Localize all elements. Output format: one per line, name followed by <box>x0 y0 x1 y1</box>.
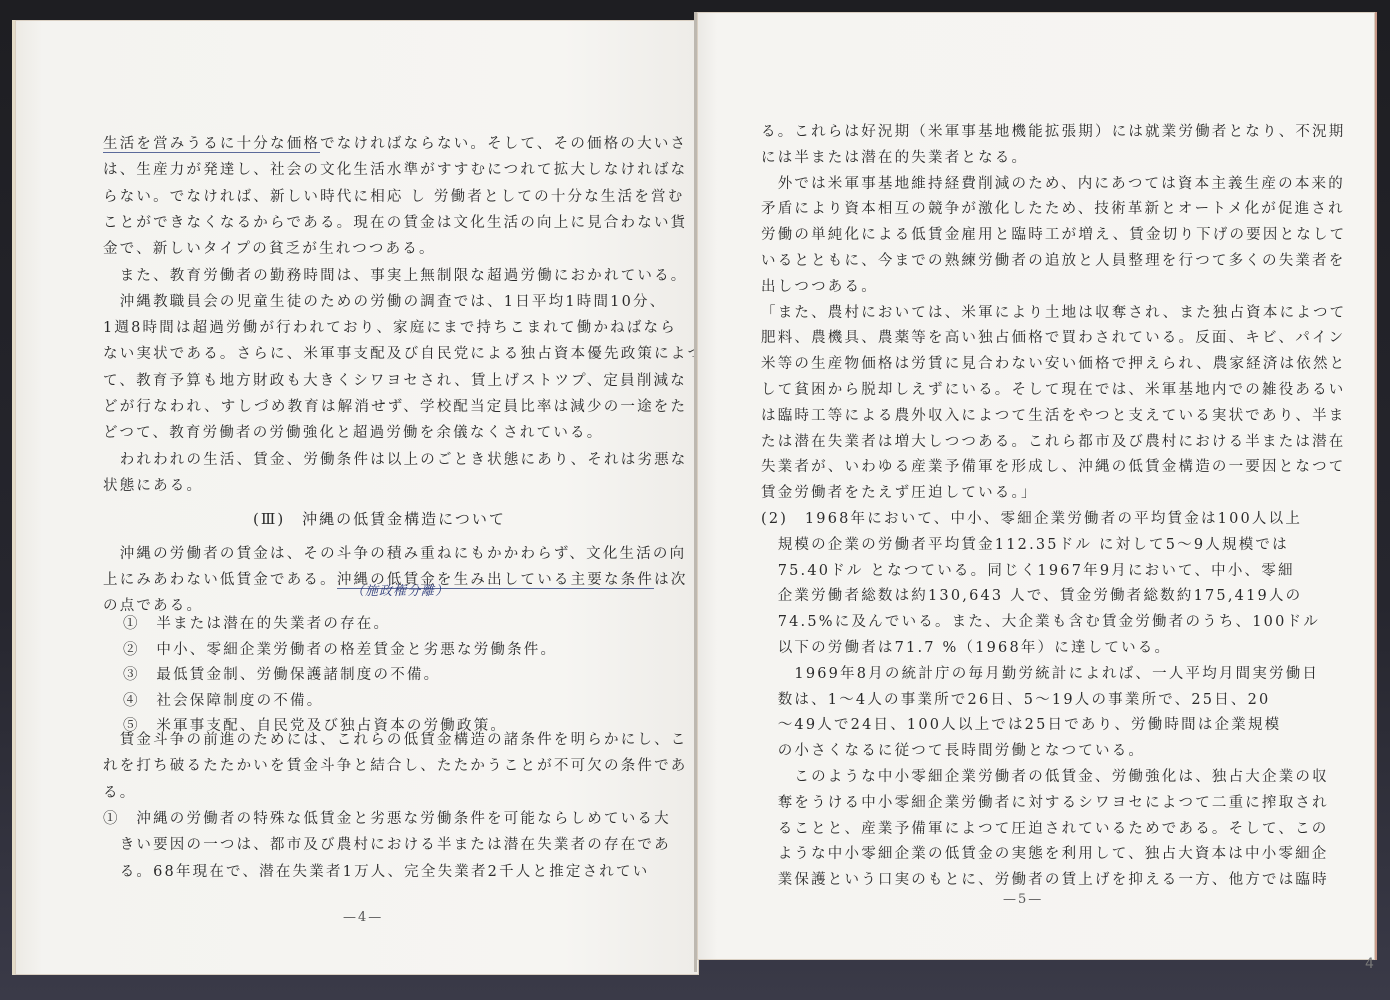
text-line: 賃金労働者をたえず圧迫している。」 <box>761 481 1038 502</box>
text-line: 75.40ドル となつている。同じく1967年9月において、中小、零細 <box>761 559 1295 580</box>
text-line: 規模の企業の労働者平均賃金112.35ドル に対して5～9人規模では <box>761 533 1289 554</box>
text-line: きい要因の一つは、都市及び農村における半または潜在失業者の存在であ <box>103 833 671 854</box>
right-page: る。これらは好況期（米軍事基地機能拡張期）には就業労働者となり、不況期には半また… <box>697 12 1377 960</box>
text-line: 沖縄教職員会の児童生徒のための労働の調査では、1日平均1時間10分、 <box>103 290 666 311</box>
section-heading: (Ⅲ) 沖縄の低賃金構造について <box>253 508 506 529</box>
text-line: 数は、1～4人の事業所で26日、5～19人の事業所で、25日、20 <box>761 688 1271 709</box>
text-line: 矛盾により資本相互の競争が激化したため、技術革新とオートメ化が促進され <box>761 197 1345 218</box>
text-line: 1週8時間は超過労働が行われており、家庭にまで持ちこまれて働かねばなら <box>103 316 677 337</box>
text-line: は、生産力が発達し、社会の文化生活水準がすすむにつれて拡大しなければな <box>103 158 687 179</box>
text-line: は臨時工等による農外収入によつて生活をやつと支えている実状であり、半ま <box>761 404 1346 425</box>
text-line: 以下の労働者は71.7 %（1968年）に達している。 <box>761 636 1171 657</box>
text-line: 「また、農村においては、米軍により土地は収奪され、また独占資本によつて <box>761 301 1346 322</box>
text-line: して貧困から脱却しえずにいる。そして現在では、米軍基地内での雑役あるい <box>761 378 1346 399</box>
text-line: 状態にある。 <box>103 474 203 495</box>
text-line: ③ 最低賃金制、労働保護諸制度の不備。 <box>123 663 440 684</box>
text-line: 奪をうける中小零細企業労働者に対するシワヨセによつて二重に搾取され <box>761 791 1329 812</box>
text-line: らない。でなければ、新しい時代に相応 し 労働者としての十分な生活を営む <box>103 185 684 206</box>
text-line: ことができなくなるからである。現在の賃金は文化生活の向上に見合わない貨 <box>103 211 687 232</box>
text-line: (2) 1968年において、中小、零細企業労働者の平均賃金は100人以上 <box>761 507 1302 528</box>
text-line: 労働の単純化による低賃金雇用と臨時工が増え、賃金切り下げの要因となして <box>761 223 1346 244</box>
text-line: 賃金斗争の前進のためには、これらの低賃金構造の諸条件を明らかにし、こ <box>103 728 688 749</box>
text-line: われわれの生活、賃金、労働条件は以上のごとき状態にあり、それは劣悪な <box>103 448 688 469</box>
text-line: たは潜在失業者は増大しつつある。これら都市及び農村における半または潜在 <box>761 430 1346 451</box>
text-line: ① 沖縄の労働者の特殊な低賃金と劣悪な労働条件を可能ならしめている大 <box>103 807 671 828</box>
text-line: ① 半または潜在的失業者の存在。 <box>123 612 390 633</box>
text-line: また、教育労働者の勤務時間は、事実上無制限な超過労働におかれている。 <box>103 264 688 285</box>
text-line: には半または潜在的失業者となる。 <box>761 146 1028 167</box>
text-line: 出しつつある。 <box>761 275 878 296</box>
text-line: ることと、産業予備軍によつて圧迫されているためである。そして、この <box>761 817 1329 838</box>
text-line: ない実状である。さらに、米軍事支配及び自民党による独占資本優先政策によつ <box>103 342 704 363</box>
text-line: 1969年8月の統計庁の毎月勤労統計によれば、一人平均月間実労働日 <box>761 662 1319 683</box>
text-line: 企業労働者総数は約130,643 人で、賃金労働者総数約175,419人の <box>761 584 1302 605</box>
text-line: の小さくなるに従つて長時間労働となつている。 <box>761 739 1145 760</box>
text-line: ～49人で24日、100人以上では25日であり、労働時間は企業規模 <box>761 713 1281 734</box>
page-number-right: —5— <box>1003 892 1043 907</box>
text-line: 沖縄の労働者の賃金は、その斗争の積み重ねにもかかわらず、文化生活の向 <box>103 542 686 563</box>
text-line: 外では米軍事基地維持経費削減のため、内にあつては資本主義生産の本来的 <box>761 172 1345 193</box>
text-line: どつて、教育労働者の労働強化と超過労働を余儀なくされている。 <box>103 421 603 442</box>
text-line: る。 <box>103 781 136 802</box>
text-line: 肥料、農機具、農薬等を高い独占価格で買わされている。反面、キビ、パイン <box>761 326 1345 347</box>
text-line: このような中小零細企業労働者の低賃金、労働強化は、独占大企業の収 <box>761 765 1329 786</box>
text-line: どが行なわれ、すしづめ教育は解消せず、学校配当定員比率は減少の一途をた <box>103 395 687 416</box>
left-page: 生活を営みうるに十分な価格でなければならない。そして、その価格の大いさは、生産力… <box>12 20 699 975</box>
text-line: いるとともに、今までの熟練労働者の追放と人員整理を行つて多くの失業者を <box>761 249 1346 270</box>
text-line: ④ 社会保障制度の不備。 <box>123 689 323 710</box>
text-line: る。68年現在で、潜在失業者1万人、完全失業者2千人と推定されてい <box>103 860 649 881</box>
text-line: 業保護という口実のもとに、労働者の賃上げを抑える一方、他方では臨時 <box>761 868 1329 889</box>
text-line: 生活を営みうるに十分な価格でなければならない。そして、その価格の大いさ <box>103 132 687 153</box>
text-line: 失業者が、いわゆる産業予備軍を形成し、沖縄の低賃金構造の一要因となつて <box>761 455 1346 476</box>
text-line: 74.5%に及んでいる。また、大企業も含む賃金労働者のうち、100ドル <box>761 610 1320 631</box>
text-line: れを打ち破るたたかいを賃金斗争と結合し、たたかうことが不可欠の条件であ <box>103 754 688 775</box>
text-line: 金で、新しいタイプの貧乏が生れつつある。 <box>103 237 436 258</box>
corner-page-mark: 4 <box>1365 956 1374 972</box>
underlined-phrase: 生活を営みうるに十分な価格 <box>103 136 320 153</box>
handwritten-annotation: （施政権分離） <box>351 580 449 599</box>
text-line: る。これらは好況期（米軍事基地機能拡張期）には就業労働者となり、不況期 <box>761 120 1346 141</box>
page-number-left: —4— <box>343 910 383 925</box>
text-line: ② 中小、零細企業労働者の格差賃金と劣悪な労働条件。 <box>123 638 557 659</box>
text-line: ような中小零細企業の低賃金の実態を利用して、独占大資本は中小零細企 <box>761 842 1329 863</box>
text-line: 米等の生産物価格は労賃に見合わない安い価格で押えられ、農家経済は依然と <box>761 352 1346 373</box>
text-line: て、教育予算も地方財政も大きくシワヨセされ、賃上げストツプ、定員削減な <box>103 369 687 390</box>
